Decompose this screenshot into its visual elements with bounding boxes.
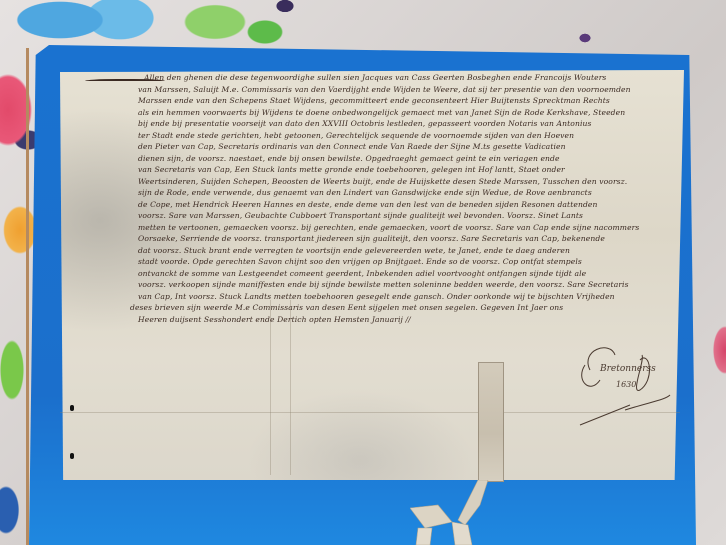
handwritten-text: Allen den ghenen die dese tegenwoordighe…	[108, 72, 674, 325]
text-line: voorsz. verkoopen sijnde maniffesten end…	[108, 279, 674, 291]
text-line: ontvanckt de somme van Lestgeendet comee…	[108, 268, 674, 280]
text-line: dienen sijn, de voorsz. naestaet, ende b…	[108, 153, 674, 165]
text-line: den Pieter van Cap, Secretaris ordinaris…	[108, 141, 674, 153]
text-line: van Cap, Int voorsz. Stuck Landts metten…	[108, 291, 674, 303]
parchment-seal-tag	[478, 362, 504, 482]
fold-line	[270, 300, 271, 475]
text-line: Weertsinderen, Suijden Schepen, Beoosten…	[108, 176, 674, 188]
text-line: Oorsaeke, Serriende de voorsz. transport…	[108, 233, 674, 245]
text-line: als ein hemmen voorwaerts bij Wijdens te…	[108, 107, 674, 119]
text-line: stadt voorde. Opde gerechten Savon chijn…	[108, 256, 674, 268]
text-line: de Cope, met Hendrick Heeren Hannes en d…	[108, 199, 674, 211]
text-line: bij ende bij presentatie voorseijt van d…	[108, 118, 674, 130]
text-line: deses brieven sijn weerde M.e Commissari…	[108, 302, 674, 314]
signature-year: 1630	[616, 380, 636, 389]
text-line: Allen den ghenen die dese tegenwoordighe…	[108, 72, 674, 84]
mat-board-edge	[26, 48, 29, 545]
text-line: sijn de Rode, ende verwende, dus genaemt…	[108, 187, 674, 199]
text-line: Marssen ende van den Schepens Staet Wijd…	[108, 95, 674, 107]
text-line: Heeren duijsent Sesshondert ende Dertich…	[108, 314, 438, 326]
text-line: metten te vertoonen, gemaecken voorsz. b…	[108, 222, 674, 234]
text-line: dat voorsz. Stuck brant ende verregten t…	[108, 245, 674, 257]
text-line: voorsz. Sare van Marssen, Geubachte Cubb…	[108, 210, 674, 222]
fold-line	[290, 300, 291, 475]
pin-mark	[70, 453, 74, 459]
seal-tag-tail-icon	[410, 480, 505, 545]
text-line: van Secretaris van Cap, Een Stuck lants …	[108, 164, 674, 176]
text-line: van Marssen, Saluijt M.e. Commissaris va…	[108, 84, 674, 96]
signature-name: Bretonnerss	[600, 364, 656, 374]
pin-mark	[70, 405, 74, 411]
text-line: ter Stadt ende stede gerichten, hebt get…	[108, 130, 674, 142]
